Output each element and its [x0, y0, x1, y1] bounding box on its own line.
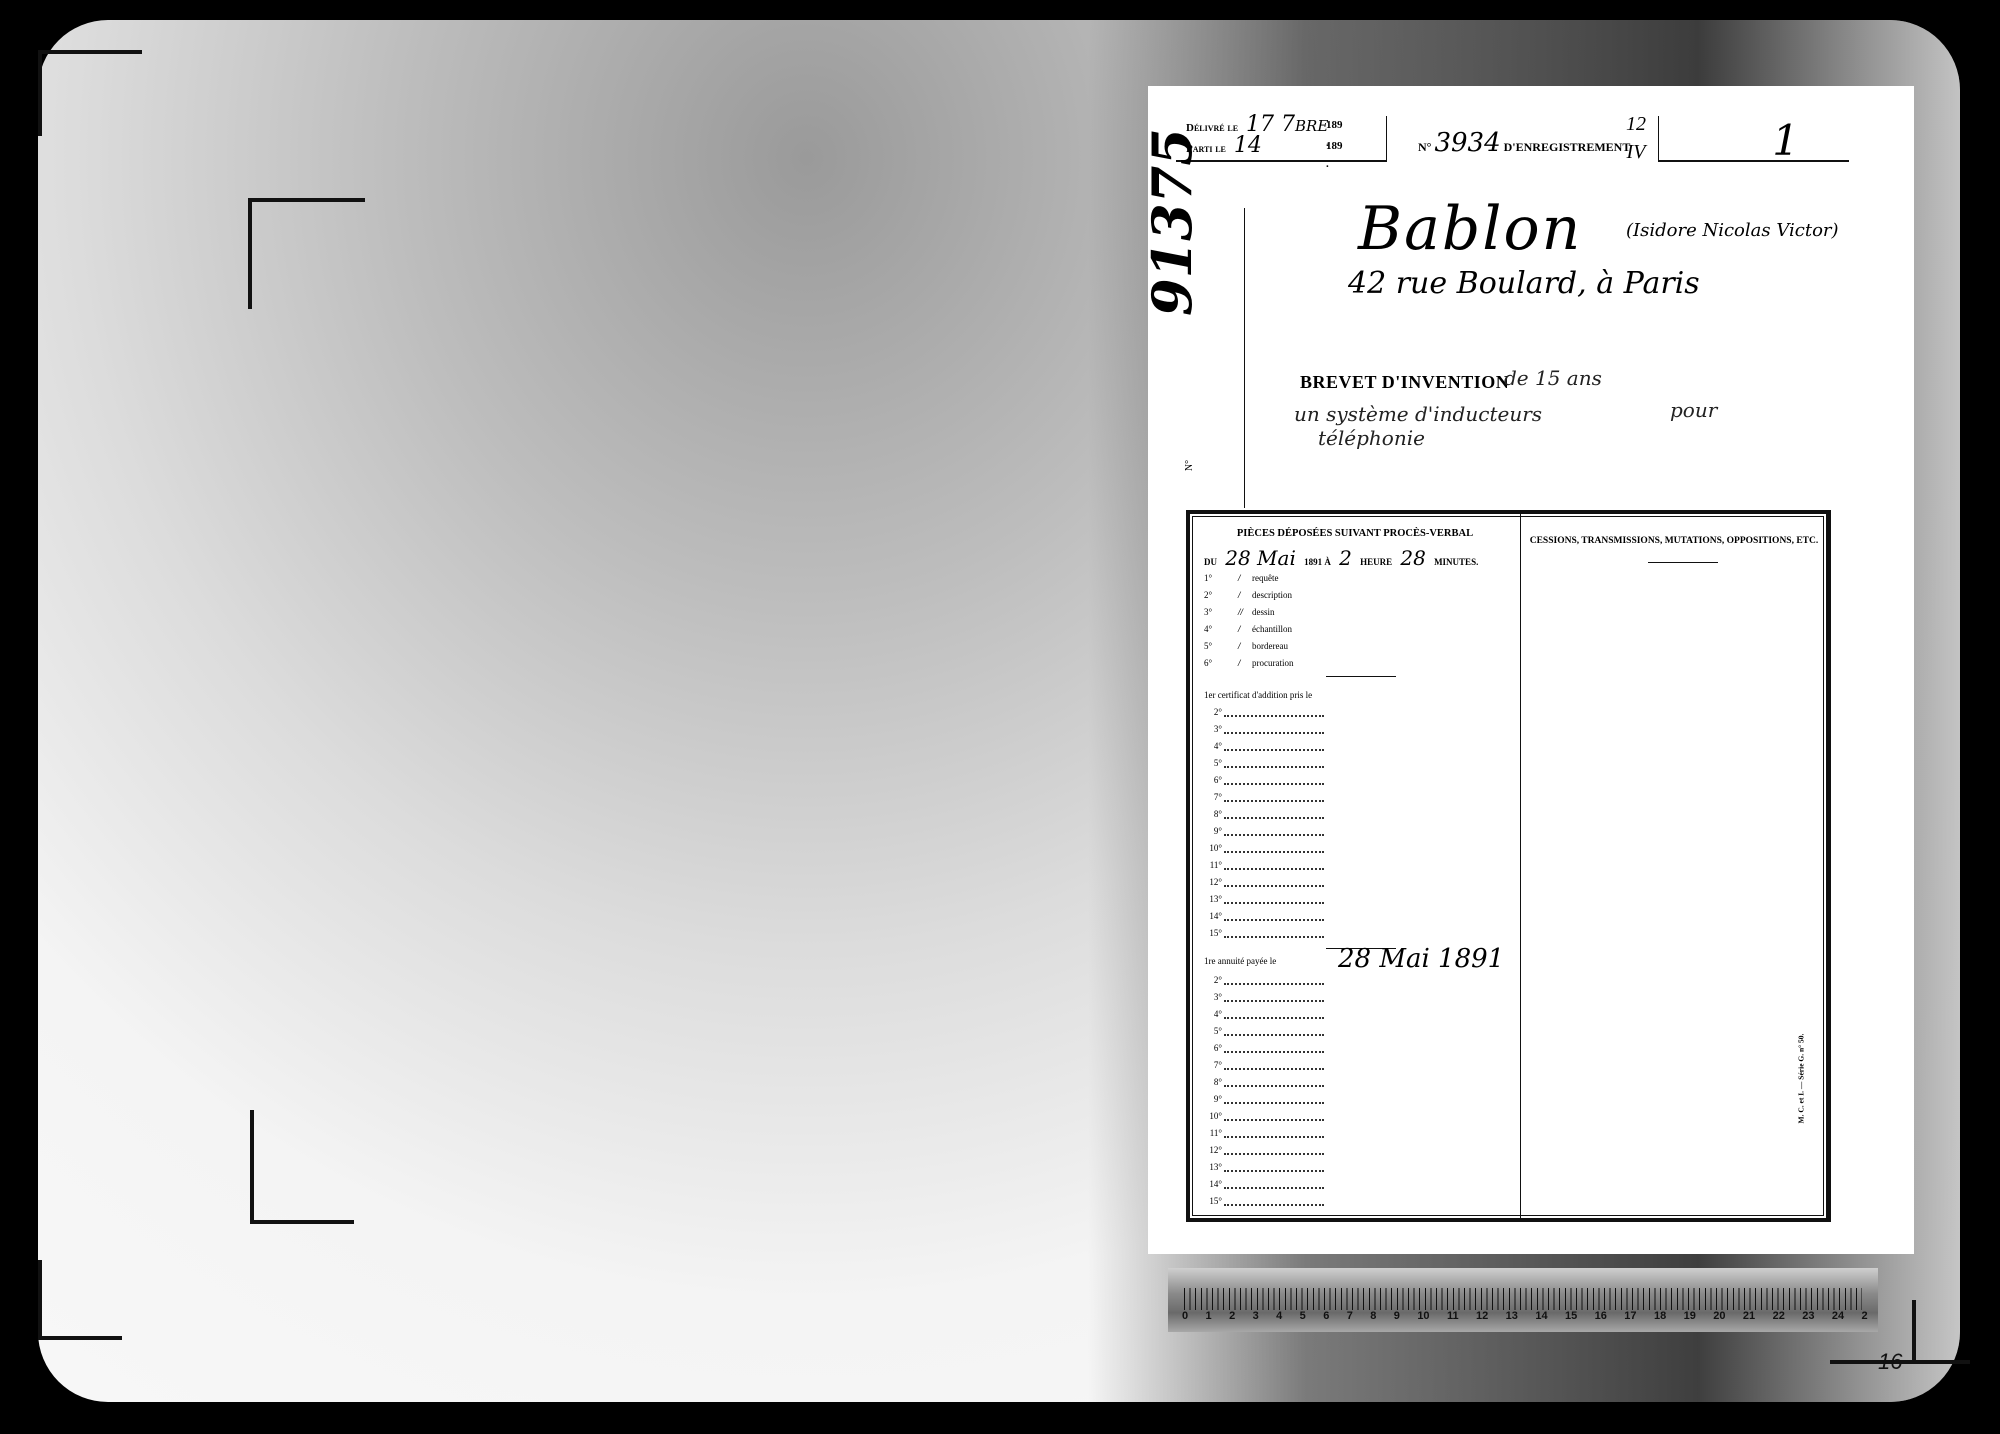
piece-label: bordereau	[1252, 638, 1288, 655]
hour-label: HEURE	[1360, 557, 1392, 567]
dotted-row: 7°	[1200, 789, 1324, 806]
row-number: 12°	[1200, 874, 1224, 891]
piece-row: 1°/requête	[1204, 570, 1293, 587]
row-number: 7°	[1200, 1057, 1224, 1074]
piece-count: /	[1238, 655, 1252, 672]
dotted-leader	[1224, 908, 1324, 921]
dotted-leader	[1224, 1108, 1324, 1121]
dotted-leader	[1224, 823, 1324, 836]
piece-row: 2°/description	[1204, 587, 1293, 604]
ruler-label: 2	[1862, 1310, 1868, 1322]
ruler-label: 16	[1595, 1310, 1607, 1322]
ruler-label: 12	[1476, 1310, 1488, 1322]
piece-row: 4°/échantillon	[1204, 621, 1293, 638]
brevet-subject-right: pour	[1670, 398, 1717, 422]
dotted-leader	[1224, 738, 1324, 751]
brevet-subject: un système d'inducteurs	[1294, 402, 1542, 426]
dotted-leader	[1224, 1057, 1324, 1070]
row-number: 7°	[1200, 789, 1224, 806]
dotted-row: 10°	[1200, 1108, 1324, 1125]
ruler-label: 24	[1832, 1310, 1844, 1322]
row-number: 10°	[1200, 1108, 1224, 1125]
dotted-row: 14°	[1200, 908, 1324, 925]
dotted-row: 2°	[1200, 704, 1324, 721]
ruler-labels: 0123456789101112131415161718192021222324…	[1182, 1310, 1868, 1322]
dotted-leader	[1224, 1193, 1324, 1206]
delivery-dates: Délivré le17 7bre189 . Parti le14189 .	[1186, 116, 1336, 158]
dotted-row: 13°	[1200, 891, 1324, 908]
crop-mark-top-left	[38, 50, 142, 136]
piece-number: 6°	[1204, 655, 1238, 672]
ruler-label: 15	[1565, 1310, 1577, 1322]
patent-number-label: N°	[1184, 460, 1195, 471]
patent-record-page: Délivré le17 7bre189 . Parti le14189 . N…	[1148, 86, 1914, 1254]
dotted-row: 12°	[1200, 1142, 1324, 1159]
row-number: 8°	[1200, 1074, 1224, 1091]
ruler-label: 18	[1654, 1310, 1666, 1322]
dotted-row: 3°	[1200, 721, 1324, 738]
annuite-rows: 2°3°4°5°6°7°8°9°10°11°12°13°14°15°	[1200, 972, 1324, 1210]
crop-mark-bottom-right-vertical	[1912, 1300, 1916, 1362]
ruler-label: 6	[1323, 1310, 1329, 1322]
dotted-leader	[1224, 1040, 1324, 1053]
annuite-date: 28 Mai 1891	[1338, 944, 1504, 974]
a-label: À	[1324, 557, 1331, 567]
row-number: 9°	[1200, 823, 1224, 840]
dotted-leader	[1224, 989, 1324, 1002]
certificat-rows: 2°3°4°5°6°7°8°9°10°11°12°13°14°15°	[1200, 704, 1324, 942]
dotted-leader	[1224, 704, 1324, 717]
row-number: 2°	[1200, 972, 1224, 989]
dotted-leader	[1224, 1006, 1324, 1019]
dotted-row: 15°	[1200, 1193, 1324, 1210]
dotted-row: 9°	[1200, 823, 1324, 840]
deposit-date: 28 Mai	[1225, 546, 1296, 570]
corner-box: 1	[1658, 116, 1849, 162]
dotted-row: 11°	[1200, 857, 1324, 874]
dotted-leader	[1224, 891, 1324, 904]
divider	[1386, 116, 1387, 162]
column-divider	[1520, 514, 1521, 1218]
parti-year: 189 .	[1326, 137, 1343, 173]
certificat-label: 1er certificat d'addition pris le	[1204, 690, 1312, 700]
dotted-row: 4°	[1200, 738, 1324, 755]
brevet-duration: de 15 ans	[1504, 366, 1602, 390]
row-number: 15°	[1200, 925, 1224, 942]
dotted-row: 7°	[1200, 1057, 1324, 1074]
patent-number: 91375	[1140, 128, 1204, 316]
piece-number: 2°	[1204, 587, 1238, 604]
deposit-year: 1891	[1304, 557, 1322, 567]
dotted-row: 3°	[1200, 989, 1324, 1006]
dotted-row: 6°	[1200, 772, 1324, 789]
volume-number: 12	[1626, 110, 1646, 138]
row-number: 10°	[1200, 840, 1224, 857]
divider	[1176, 160, 1386, 162]
dotted-leader	[1224, 840, 1324, 853]
dotted-row: 6°	[1200, 1040, 1324, 1057]
dotted-row: 14°	[1200, 1176, 1324, 1193]
piece-label: procuration	[1252, 655, 1293, 672]
folio-number: 16	[1878, 1349, 1902, 1375]
row-number: 12°	[1200, 1142, 1224, 1159]
row-number: 5°	[1200, 1023, 1224, 1040]
row-number: 6°	[1200, 1040, 1224, 1057]
dotted-leader	[1224, 972, 1324, 985]
brevet-label: BREVET D'INVENTION	[1300, 372, 1509, 393]
dotted-leader	[1224, 1091, 1324, 1104]
ruler-label: 11	[1447, 1310, 1459, 1322]
du-label: DU	[1204, 557, 1217, 567]
dotted-row: 5°	[1200, 755, 1324, 772]
row-number: 14°	[1200, 1176, 1224, 1193]
piece-row: 3°//dessin	[1204, 604, 1293, 621]
dotted-row: 2°	[1200, 972, 1324, 989]
inventor-address: 42 rue Boulard, à Paris	[1348, 266, 1700, 301]
cessions-heading: CESSIONS, TRANSMISSIONS, MUTATIONS, OPPO…	[1522, 536, 1826, 546]
piece-count: /	[1238, 638, 1252, 655]
crop-mark-bottom-left	[38, 1260, 42, 1340]
pieces-heading: PIÈCES DÉPOSÉES SUIVANT PROCÈS-VERBAL	[1190, 528, 1520, 539]
dotted-row: 10°	[1200, 840, 1324, 857]
row-number: 6°	[1200, 772, 1224, 789]
row-number: 9°	[1200, 1091, 1224, 1108]
ruler-label: 1	[1206, 1310, 1212, 1322]
piece-number: 1°	[1204, 570, 1238, 587]
ruler-label: 7	[1347, 1310, 1353, 1322]
row-number: 14°	[1200, 908, 1224, 925]
dotted-row: 12°	[1200, 874, 1324, 891]
ruler-label: 23	[1802, 1310, 1814, 1322]
minutes-label: MINUTES.	[1434, 557, 1478, 567]
dotted-leader	[1224, 772, 1324, 785]
reg-label: D'ENREGISTREMENT	[1504, 140, 1631, 154]
dotted-leader	[1224, 1176, 1324, 1189]
piece-label: description	[1252, 587, 1292, 604]
dotted-leader	[1224, 1125, 1324, 1138]
deposit-form: PIÈCES DÉPOSÉES SUIVANT PROCÈS-VERBAL DU…	[1186, 510, 1831, 1222]
dotted-leader	[1224, 721, 1324, 734]
ruler-label: 19	[1684, 1310, 1696, 1322]
piece-row: 6°/procuration	[1204, 655, 1293, 672]
ruler-label: 8	[1370, 1310, 1376, 1322]
row-number: 2°	[1200, 704, 1224, 721]
dotted-row: 13°	[1200, 1159, 1324, 1176]
ruler-label: 2	[1229, 1310, 1235, 1322]
ruler-label: 22	[1773, 1310, 1785, 1322]
ruler-ticks	[1184, 1288, 1862, 1310]
piece-number: 4°	[1204, 621, 1238, 638]
dotted-row: 8°	[1200, 1074, 1324, 1091]
dotted-leader	[1224, 1142, 1324, 1155]
ruler-label: 9	[1394, 1310, 1400, 1322]
row-number: 3°	[1200, 989, 1224, 1006]
deposit-minutes: 28	[1400, 546, 1425, 570]
series-note: M. C. et I. — Série G. n° 50.	[1797, 1034, 1806, 1124]
row-number: 11°	[1200, 857, 1224, 874]
dotted-row: 4°	[1200, 1006, 1324, 1023]
row-number: 4°	[1200, 1006, 1224, 1023]
dotted-row: 11°	[1200, 1125, 1324, 1142]
ruler-label: 3	[1253, 1310, 1259, 1322]
piece-number: 5°	[1204, 638, 1238, 655]
ruler-label: 20	[1713, 1310, 1725, 1322]
volume-mark: 12 IV	[1626, 110, 1646, 166]
ruler-label: 10	[1417, 1310, 1429, 1322]
inventor-given-names: (Isidore Nicolas Victor)	[1626, 220, 1839, 241]
reg-number-value: 3934	[1434, 128, 1500, 158]
row-number: 13°	[1200, 1159, 1224, 1176]
row-number: 11°	[1200, 1125, 1224, 1142]
ruler-label: 5	[1300, 1310, 1306, 1322]
dotted-row: 15°	[1200, 925, 1324, 942]
dotted-leader	[1224, 789, 1324, 802]
dotted-leader	[1224, 925, 1324, 938]
row-number: 13°	[1200, 891, 1224, 908]
divider	[1326, 676, 1396, 677]
inventor-surname: Bablon	[1358, 194, 1582, 264]
corner-box-value: 1	[1772, 116, 1799, 165]
piece-count: /	[1238, 587, 1252, 604]
row-number: 8°	[1200, 806, 1224, 823]
piece-count: /	[1238, 570, 1252, 587]
deposit-date-line: DU 28 Mai 1891 À 2 HEURE 28 MINUTES.	[1204, 546, 1478, 570]
volume-roman: IV	[1626, 138, 1646, 166]
measurement-ruler: 0123456789101112131415161718192021222324…	[1168, 1268, 1878, 1332]
dotted-leader	[1224, 1159, 1324, 1172]
ruler-label: 14	[1535, 1310, 1547, 1322]
piece-label: échantillon	[1252, 621, 1292, 638]
annuite-label: 1re annuité payée le	[1204, 956, 1276, 966]
ruler-label: 13	[1506, 1310, 1518, 1322]
dotted-row: 5°	[1200, 1023, 1324, 1040]
pieces-list: 1°/requête2°/description3°//dessin4°/éch…	[1204, 570, 1293, 672]
ruler-label: 21	[1743, 1310, 1755, 1322]
ruler-label: 0	[1182, 1310, 1188, 1322]
divider	[1244, 208, 1245, 508]
dotted-row: 8°	[1200, 806, 1324, 823]
dotted-leader	[1224, 1074, 1324, 1087]
dotted-leader	[1224, 1023, 1324, 1036]
registration-number: N° 3934 D'ENREGISTREMENT	[1418, 128, 1630, 158]
dotted-leader	[1224, 806, 1324, 819]
row-number: 15°	[1200, 1193, 1224, 1210]
crop-mark-inner-top-left	[248, 198, 365, 309]
piece-label: dessin	[1252, 604, 1275, 621]
piece-count: /	[1238, 621, 1252, 638]
piece-label: requête	[1252, 570, 1278, 587]
dotted-leader	[1224, 755, 1324, 768]
dotted-leader	[1224, 874, 1324, 887]
dotted-row: 9°	[1200, 1091, 1324, 1108]
deposit-hour: 2	[1339, 546, 1352, 570]
divider	[1648, 562, 1718, 563]
ruler-label: 4	[1276, 1310, 1282, 1322]
ruler-label: 17	[1624, 1310, 1636, 1322]
brevet-subject-cont: téléphonie	[1318, 426, 1425, 450]
piece-number: 3°	[1204, 604, 1238, 621]
row-number: 5°	[1200, 755, 1224, 772]
parti-date: 14	[1234, 133, 1262, 158]
row-number: 4°	[1200, 738, 1224, 755]
piece-count: //	[1238, 604, 1252, 621]
crop-mark-inner-bottom-left	[250, 1110, 354, 1224]
row-number: 3°	[1200, 721, 1224, 738]
piece-row: 5°/bordereau	[1204, 638, 1293, 655]
dotted-leader	[1224, 857, 1324, 870]
reg-prefix: N°	[1418, 140, 1431, 154]
